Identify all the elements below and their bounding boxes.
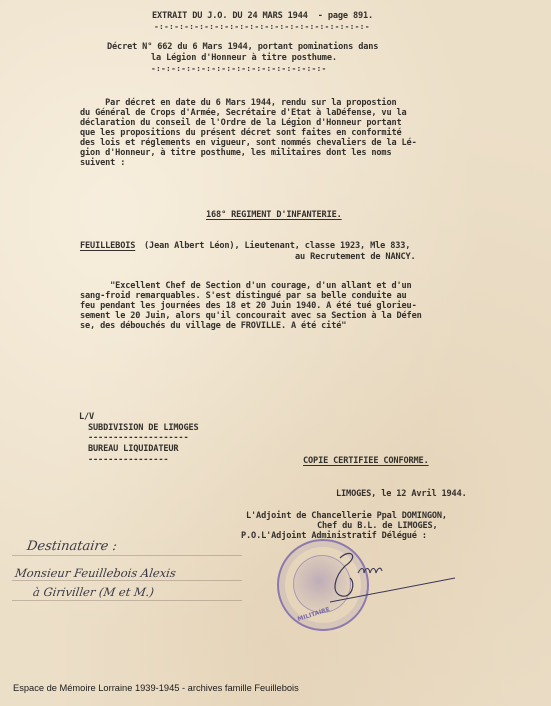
paragraph-line: des lois et réglements en vigueur, sont …: [80, 138, 417, 148]
paragraph-line: déclaration du conseil de l'Ordre de la …: [80, 118, 402, 128]
dash-rule: --------------------: [88, 433, 188, 443]
paragraph-line: que les propositions du présent décret s…: [80, 128, 402, 138]
ruled-line: [12, 600, 242, 601]
paragraph-line: Par décret en date du 6 Mars 1944, rendu…: [80, 98, 397, 108]
place-and-date: LIMOGES, le 12 Avril 1944.: [336, 489, 467, 499]
citation-line: se, des débouchés du village de FROVILLE…: [80, 321, 346, 331]
soldier-details: (Jean Albert Léon), Lieutenant, classe 1…: [139, 241, 410, 251]
handwritten-line: à Giriviller (M et M.): [32, 585, 155, 599]
handwritten-line: Monsieur Feuillebois Alexis: [14, 566, 177, 580]
decree-title-line2: la Légion d'Honneur à titre posthume.: [151, 53, 337, 63]
office-reference: L/V: [79, 412, 94, 422]
citation-line: "Excellent Chef de Section d'un courage,…: [80, 281, 412, 291]
citation-line: sang-froid remarquables. S'est distingué…: [80, 291, 407, 301]
regiment-heading: 168° REGIMENT D'INFANTERIE.: [206, 210, 342, 220]
paragraph-line: suivent :: [80, 158, 125, 168]
certification-heading: COPIE CERTIFIEE CONFORME.: [303, 456, 429, 466]
soldier-surname: FEUILLEBOIS: [80, 241, 135, 251]
signature-icon: [320, 548, 460, 608]
ruled-line: [12, 580, 242, 581]
paragraph-line: du Général de Crops d'Armée, Secrétaire …: [80, 108, 407, 118]
decree-title-line1: Décret N° 662 du 6 Mars 1944, portant po…: [107, 42, 378, 52]
handwritten-line: Destinataire :: [26, 539, 118, 554]
subdivision-name: SUBDIVISION DE LIMOGES: [88, 423, 199, 433]
signatory-line: Chef du B.L. de LIMOGES,: [317, 521, 438, 531]
citation-line: feu pendant les journées des 18 et 20 Ju…: [80, 301, 417, 311]
separator-line: -:-:-:-:-:-:-:-:-:-:-:-:-:-:-:-:-:-: [151, 64, 327, 73]
signatory-line: L'Adjoint de Chancellerie Ppal DOMINGON,: [246, 511, 447, 521]
journal-extract-title: EXTRAIT DU J.O. DU 24 MARS 1944 - page 8…: [152, 11, 373, 21]
archive-caption: Espace de Mémoire Lorraine 1939-1945 - a…: [13, 683, 299, 693]
ruled-line: [12, 555, 242, 556]
paragraph-line: gion d'Honneur, à titre posthume, les mi…: [80, 148, 391, 158]
separator-line: -:-:-:-:-:-:-:-:-:-:-:-:-:-:-:-:-:-:-:-:…: [154, 22, 370, 31]
citation-line: sement le 20 Juin, alors qu'il concourai…: [80, 311, 422, 321]
bureau-name: BUREAU LIQUIDATEUR: [88, 444, 178, 454]
dash-rule: ----------------: [88, 455, 168, 465]
soldier-recruitment: au Recrutement de NANCY.: [295, 252, 416, 262]
